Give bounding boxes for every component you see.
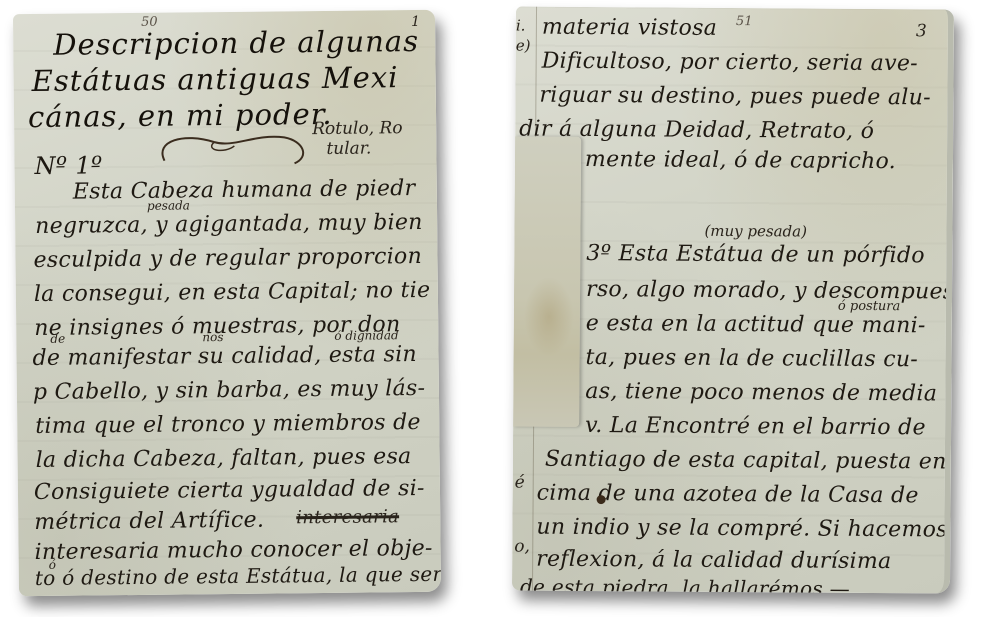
body-line-12: interesaria mucho conocer el obje- — [34, 536, 432, 565]
body-line-8: tima que el tronco y miembros de — [35, 410, 421, 439]
body-line-7: p Cabello, y sin barba, es muy lás- — [33, 376, 426, 405]
interlinear-o-dignidad: ó dignidad — [334, 328, 398, 343]
decorative-flourish-icon — [144, 129, 314, 171]
top-line-2: Dificultoso, por cierto, seria ave- — [542, 49, 918, 77]
body-line-9: la dicha Cabeza, faltan, pues esa — [36, 444, 412, 473]
body-line-11: métrica del Artífice. — [34, 508, 264, 535]
body-line-7: Santiago de esta capital, puesta en- — [545, 447, 954, 475]
top-line-5: mente ideal, ó de capricho. — [585, 147, 896, 174]
body-line-8: cima de una azotea de la Casa de — [537, 481, 919, 509]
ink-folio-number: 3 — [916, 21, 927, 41]
body-line-6: de manifestar su calidad, esta sin — [32, 342, 417, 371]
title-line-2: Estátuas antiguas Mexi — [31, 60, 398, 98]
body-line-13: to ó destino de esta Estátua, la que ser… — [35, 562, 441, 590]
body-line-9: un indio y se la compré. Si hacemos — [536, 515, 948, 543]
interlinear-muy-pesada: (muy pesada) — [704, 222, 807, 241]
margin-note-line-2: tular. — [326, 138, 371, 158]
top-line-1: materia vistosa — [542, 15, 717, 41]
struck-word: interesaria — [296, 506, 399, 528]
body-line-3: e esta en la actitud que mani- — [586, 311, 926, 338]
body-line-5: as, tiene poco menos de media — [585, 379, 937, 406]
body-line-10: reflexion, á la calidad durísima — [536, 547, 891, 574]
interlinear-pesada: pesada — [147, 198, 190, 212]
right-manuscript-page: 51 3 i. e) materia vistosa Dificultoso, … — [512, 6, 954, 593]
body-line-1: Esta Cabeza humana de piedr — [73, 176, 416, 205]
left-manuscript-page: 50 1 Descripcion de algunas Estátuas ant… — [13, 10, 441, 596]
margin-note-line-1: Rotulo, Ro — [312, 118, 403, 139]
margin-fragment-1: i. — [516, 16, 526, 34]
body-line-4: ta, pues en la de cuclillas cu- — [586, 345, 919, 372]
body-line-11: de esta piedra, la hallarémos — — [520, 575, 850, 594]
body-line-2: negruzca, y agigantada, muy bien — [35, 210, 423, 239]
pasted-paper-strip — [513, 136, 581, 426]
pencil-folio-number: 51 — [736, 14, 753, 29]
top-line-3: riguar su destino, pues puede alu- — [539, 83, 931, 111]
body-line-10: Consiguiete cierta ygualdad de si- — [34, 476, 425, 505]
body-line-6: v. La Encontré en el barrio de — [585, 413, 926, 440]
ink-blot — [597, 495, 606, 504]
margin-fragment-4: o, — [514, 536, 530, 556]
interlinear-nos: nos — [202, 330, 223, 344]
manuscript-photo: 50 1 Descripcion de algunas Estátuas ant… — [0, 0, 982, 617]
body-line-1: 3º Esta Estátua de un pórfido — [586, 241, 925, 268]
section-number: Nº 1º — [34, 151, 102, 180]
body-line-3: esculpida y de regular proporcion — [33, 244, 422, 273]
body-line-4: la consegui, en esta Capital; no tie — [34, 278, 431, 307]
interlinear-de: de — [50, 332, 65, 346]
margin-fragment-3: é — [515, 472, 525, 492]
margin-fragment-2: e) — [516, 36, 531, 54]
title-line-1: Descripcion de algunas — [53, 24, 419, 62]
